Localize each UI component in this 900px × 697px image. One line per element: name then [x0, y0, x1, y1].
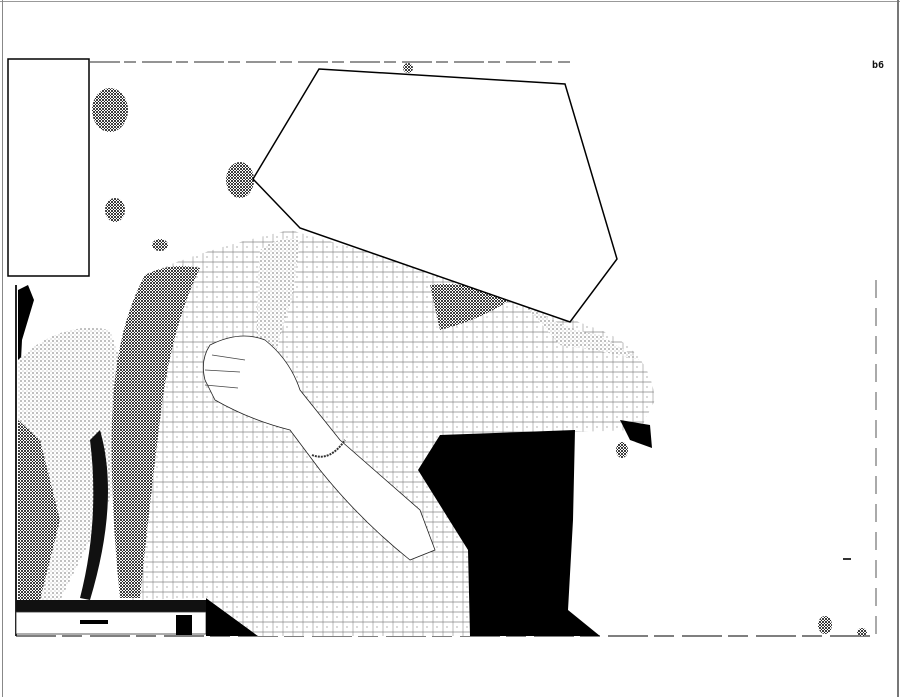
scan-mark — [843, 558, 851, 560]
redaction-box-rectangle — [8, 59, 89, 276]
document-page: b6 — [0, 0, 900, 697]
exemption-code: b6 — [872, 60, 884, 71]
redacted-photograph — [0, 0, 900, 697]
